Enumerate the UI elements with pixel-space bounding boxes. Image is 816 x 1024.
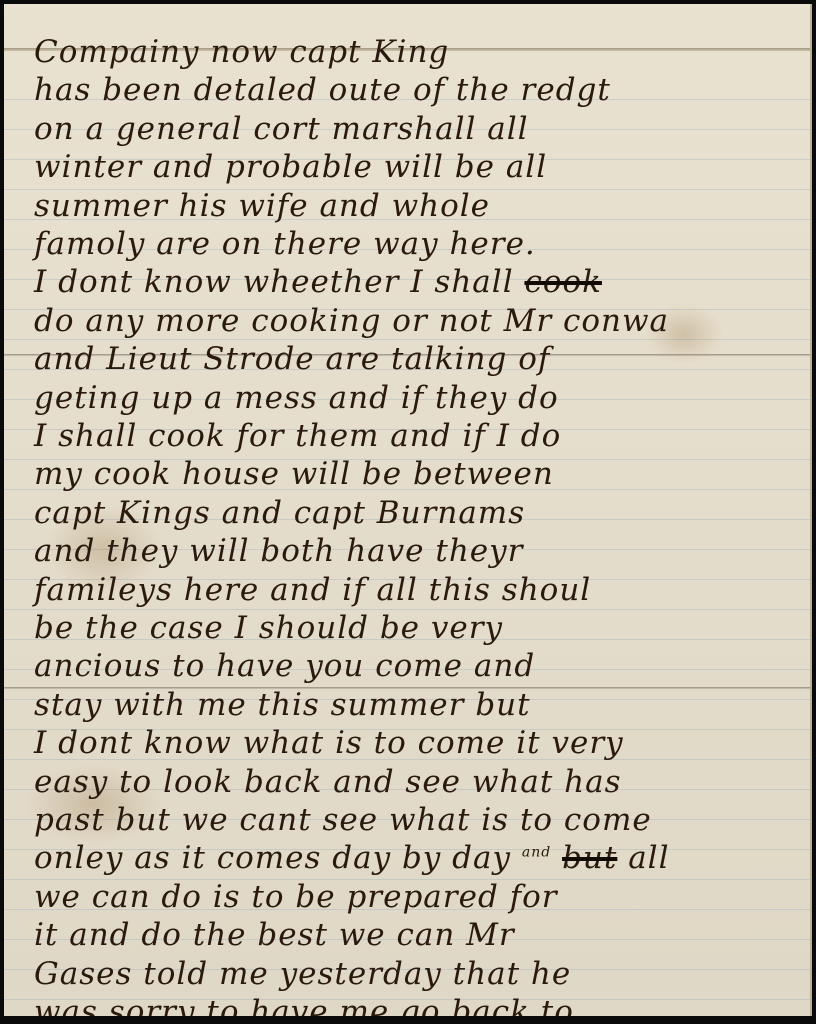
text-line: I shall cook for them and if I do <box>34 418 561 454</box>
text-line: has been detaled oute of the redgt <box>34 72 611 108</box>
text-line: ancious to have you come and <box>34 648 535 684</box>
struck-word: cook <box>524 264 601 300</box>
text-line: capt Kings and capt Burnams <box>34 495 525 531</box>
text-line: winter and probable will be all <box>34 149 547 185</box>
text-line: on a general cort marshall all <box>34 111 529 147</box>
text-line: we can do is to be prepared for <box>34 879 558 915</box>
text-line: Compainy now capt King <box>34 34 449 70</box>
struck-word: but <box>562 840 617 876</box>
text-line: I dont know wheether I shall cook <box>34 264 602 300</box>
letter-page: Compainy now capt King has been detaled … <box>4 4 812 1016</box>
text-line: stay with me this summer but <box>34 687 531 723</box>
text-line: was sorry to have me go back to <box>34 994 574 1016</box>
text-line: geting up a mess and if they do <box>34 380 559 416</box>
text-line: be the case I should be very <box>34 610 503 646</box>
text-line: easy to look back and see what has <box>34 764 622 800</box>
text-line: summer his wife and whole <box>34 188 490 224</box>
text-line: it and do the best we can Mr <box>34 917 515 953</box>
text-line-main: onley as it comes day by day <box>34 840 511 876</box>
inserted-word: and <box>522 845 551 861</box>
text-line: and Lieut Strode are talking of <box>34 341 550 377</box>
text-line: past but we cant see what is to come <box>34 802 652 838</box>
text-line-main: I dont know wheether I shall <box>34 264 514 300</box>
text-line: onley as it comes day by day and but all <box>34 840 670 876</box>
text-line: do any more cooking or not Mr conwa <box>34 303 669 339</box>
text-line: Gases told me yesterday that he <box>34 956 571 992</box>
text-line-tail: all <box>628 840 669 876</box>
text-line: famileys here and if all this shoul <box>34 572 591 608</box>
text-line: my cook house will be between <box>34 456 554 492</box>
text-line: I dont know what is to come it very <box>34 725 624 761</box>
text-line: famoly are on there way here. <box>34 226 536 262</box>
text-line: and they will both have theyr <box>34 533 523 569</box>
